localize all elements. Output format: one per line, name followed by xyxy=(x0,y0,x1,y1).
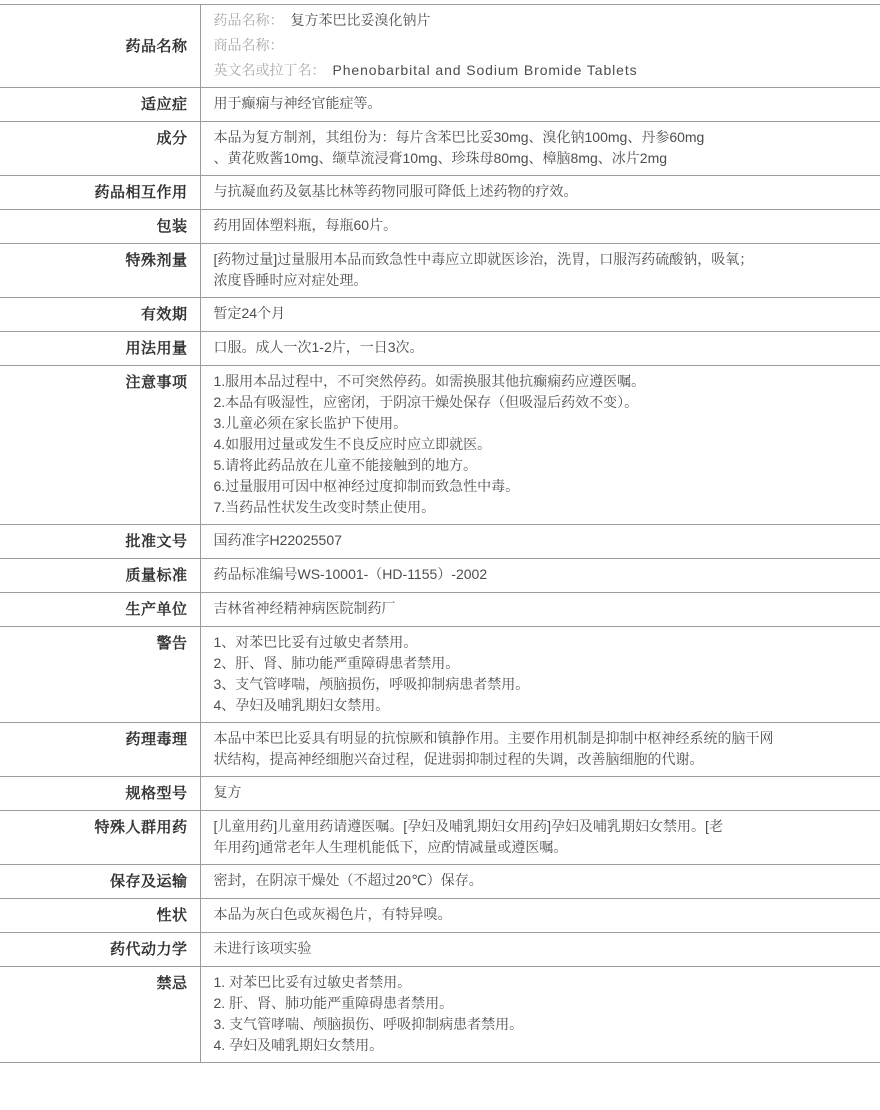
content-line: 本品为灰白色或灰褐色片，有特异嗅。 xyxy=(214,904,865,925)
table-row: 成分本品为复方制剂，其组份为：每片含苯巴比妥30mg、溴化钠100mg、丹参60… xyxy=(0,122,880,176)
row-label: 包装 xyxy=(0,210,200,244)
row-content: [药物过量]过量服用本品而致急性中毒应立即就医诊治，洗胃，口服泻药硫酸钠，吸氧；… xyxy=(200,244,880,298)
content-line: 浓度昏睡时应对症处理。 xyxy=(214,270,865,291)
table-row: 保存及运输密封，在阴凉干燥处（不超过20℃）保存。 xyxy=(0,865,880,899)
row-content: 本品中苯巴比妥具有明显的抗惊厥和镇静作用。主要作用机制是抑制中枢神经系统的脑干网… xyxy=(200,723,880,777)
content-line: [药物过量]过量服用本品而致急性中毒应立即就医诊治，洗胃，口服泻药硫酸钠，吸氧； xyxy=(214,249,865,270)
row-content: 与抗凝血药及氨基比林等药物同服可降低上述药物的疗效。 xyxy=(200,176,880,210)
content-line: 药品标准编号WS-10001-（HD-1155）-2002 xyxy=(214,564,865,585)
row-label: 用法用量 xyxy=(0,332,200,366)
row-content: [儿童用药]儿童用药请遵医嘱。[孕妇及哺乳期妇女用药]孕妇及哺乳期妇女禁用。[老… xyxy=(200,811,880,865)
table-row: 规格型号复方 xyxy=(0,777,880,811)
table-row: 禁忌1. 对苯巴比妥有过敏史者禁用。2. 肝、肾、肺功能严重障碍患者禁用。3. … xyxy=(0,967,880,1063)
row-label: 有效期 xyxy=(0,298,200,332)
content-line: 3、支气管哮喘，颅脑损伤，呼吸抑制病患者禁用。 xyxy=(214,674,865,695)
row-label: 批准文号 xyxy=(0,525,200,559)
row-content: 药品名称：复方苯巴比妥溴化钠片商品名称：英文名或拉丁名：Phenobarbita… xyxy=(200,5,880,88)
content-line: 复方 xyxy=(214,782,865,803)
row-label: 适应症 xyxy=(0,88,200,122)
table-row: 有效期暂定24个月 xyxy=(0,298,880,332)
content-line: 暂定24个月 xyxy=(214,303,865,324)
content-line: 、黄花败酱10mg、缬草流浸膏10mg、珍珠母80mg、樟脑8mg、冰片2mg xyxy=(214,148,865,169)
content-line: 未进行该项实验 xyxy=(214,938,865,959)
table-row: 包装药用固体塑料瓶，每瓶60片。 xyxy=(0,210,880,244)
field-value: Phenobarbital and Sodium Bromide Tablets xyxy=(333,62,638,78)
row-content: 口服。成人一次1-2片，一日3次。 xyxy=(200,332,880,366)
row-label: 药理毒理 xyxy=(0,723,200,777)
row-label: 药品相互作用 xyxy=(0,176,200,210)
table-row: 药代动力学未进行该项实验 xyxy=(0,933,880,967)
row-content: 密封，在阴凉干燥处（不超过20℃）保存。 xyxy=(200,865,880,899)
row-label: 规格型号 xyxy=(0,777,200,811)
row-label: 成分 xyxy=(0,122,200,176)
row-label: 特殊剂量 xyxy=(0,244,200,298)
row-label: 警告 xyxy=(0,627,200,723)
content-line: 4.如服用过量或发生不良反应时应立即就医。 xyxy=(214,434,865,455)
table-body: 药品名称药品名称：复方苯巴比妥溴化钠片商品名称：英文名或拉丁名：Phenobar… xyxy=(0,5,880,1063)
content-line: 3.儿童必须在家长监护下使用。 xyxy=(214,413,865,434)
table-row: 警告1、对苯巴比妥有过敏史者禁用。2、肝、肾、肺功能严重障碍患者禁用。3、支气管… xyxy=(0,627,880,723)
row-content: 未进行该项实验 xyxy=(200,933,880,967)
table-row: 药理毒理本品中苯巴比妥具有明显的抗惊厥和镇静作用。主要作用机制是抑制中枢神经系统… xyxy=(0,723,880,777)
table-row: 特殊人群用药[儿童用药]儿童用药请遵医嘱。[孕妇及哺乳期妇女用药]孕妇及哺乳期妇… xyxy=(0,811,880,865)
content-line: 2. 肝、肾、肺功能严重障碍患者禁用。 xyxy=(214,993,865,1014)
row-label: 禁忌 xyxy=(0,967,200,1063)
name-field-line: 药品名称：复方苯巴比妥溴化钠片 xyxy=(214,8,865,33)
content-line: 4、孕妇及哺乳期妇女禁用。 xyxy=(214,695,865,716)
content-line: 吉林省神经精神病医院制药厂 xyxy=(214,598,865,619)
drug-spec-table: 药品名称药品名称：复方苯巴比妥溴化钠片商品名称：英文名或拉丁名：Phenobar… xyxy=(0,4,880,1063)
content-line: 5.请将此药品放在儿童不能接触到的地方。 xyxy=(214,455,865,476)
field-value: 复方苯巴比妥溴化钠片 xyxy=(291,12,431,28)
table-row: 特殊剂量[药物过量]过量服用本品而致急性中毒应立即就医诊治，洗胃，口服泻药硫酸钠… xyxy=(0,244,880,298)
field-key: 药品名称： xyxy=(214,12,284,28)
content-line: 1. 对苯巴比妥有过敏史者禁用。 xyxy=(214,972,865,993)
content-line: 6.过量服用可因中枢神经过度抑制而致急性中毒。 xyxy=(214,476,865,497)
table-row: 质量标准药品标准编号WS-10001-（HD-1155）-2002 xyxy=(0,559,880,593)
drug-spec-page: 药品名称药品名称：复方苯巴比妥溴化钠片商品名称：英文名或拉丁名：Phenobar… xyxy=(0,4,880,1063)
table-row: 适应症用于癫痫与神经官能症等。 xyxy=(0,88,880,122)
content-line: 年用药]通常老年人生理机能低下，应酌情减量或遵医嘱。 xyxy=(214,837,865,858)
row-content: 1. 对苯巴比妥有过敏史者禁用。2. 肝、肾、肺功能严重障碍患者禁用。3. 支气… xyxy=(200,967,880,1063)
content-line: 与抗凝血药及氨基比林等药物同服可降低上述药物的疗效。 xyxy=(214,181,865,202)
content-line: 2.本品有吸湿性，应密闭，于阴凉干燥处保存（但吸湿后药效不变）。 xyxy=(214,392,865,413)
content-line: 药用固体塑料瓶，每瓶60片。 xyxy=(214,215,865,236)
table-row: 药品名称药品名称：复方苯巴比妥溴化钠片商品名称：英文名或拉丁名：Phenobar… xyxy=(0,5,880,88)
row-label: 药代动力学 xyxy=(0,933,200,967)
content-line: 国药准字H22025507 xyxy=(214,530,865,551)
row-label: 特殊人群用药 xyxy=(0,811,200,865)
row-content: 本品为灰白色或灰褐色片，有特异嗅。 xyxy=(200,899,880,933)
name-field-line: 商品名称： xyxy=(214,33,865,58)
row-label: 保存及运输 xyxy=(0,865,200,899)
table-row: 药品相互作用与抗凝血药及氨基比林等药物同服可降低上述药物的疗效。 xyxy=(0,176,880,210)
table-row: 批准文号国药准字H22025507 xyxy=(0,525,880,559)
content-line: 3. 支气管哮喘、颅脑损伤、呼吸抑制病患者禁用。 xyxy=(214,1014,865,1035)
row-label: 药品名称 xyxy=(0,5,200,88)
row-content: 用于癫痫与神经官能症等。 xyxy=(200,88,880,122)
content-line: [儿童用药]儿童用药请遵医嘱。[孕妇及哺乳期妇女用药]孕妇及哺乳期妇女禁用。[老 xyxy=(214,816,865,837)
table-row: 生产单位吉林省神经精神病医院制药厂 xyxy=(0,593,880,627)
content-line: 1、对苯巴比妥有过敏史者禁用。 xyxy=(214,632,865,653)
content-line: 口服。成人一次1-2片，一日3次。 xyxy=(214,337,865,358)
row-content: 国药准字H22025507 xyxy=(200,525,880,559)
table-row: 性状本品为灰白色或灰褐色片，有特异嗅。 xyxy=(0,899,880,933)
row-content: 吉林省神经精神病医院制药厂 xyxy=(200,593,880,627)
row-content: 复方 xyxy=(200,777,880,811)
content-line: 状结构，提高神经细胞兴奋过程，促进弱抑制过程的失调，改善脑细胞的代谢。 xyxy=(214,749,865,770)
row-label: 性状 xyxy=(0,899,200,933)
field-key: 商品名称： xyxy=(214,37,284,53)
table-row: 注意事项1.服用本品过程中，不可突然停药。如需换服其他抗癫痫药应遵医嘱。2.本品… xyxy=(0,366,880,525)
content-line: 本品中苯巴比妥具有明显的抗惊厥和镇静作用。主要作用机制是抑制中枢神经系统的脑干网 xyxy=(214,728,865,749)
content-line: 密封，在阴凉干燥处（不超过20℃）保存。 xyxy=(214,870,865,891)
content-line: 2、肝、肾、肺功能严重障碍患者禁用。 xyxy=(214,653,865,674)
content-line: 4. 孕妇及哺乳期妇女禁用。 xyxy=(214,1035,865,1056)
content-line: 7.当药品性状发生改变时禁止使用。 xyxy=(214,497,865,518)
table-row: 用法用量口服。成人一次1-2片，一日3次。 xyxy=(0,332,880,366)
row-content: 药品标准编号WS-10001-（HD-1155）-2002 xyxy=(200,559,880,593)
content-line: 用于癫痫与神经官能症等。 xyxy=(214,93,865,114)
row-content: 1.服用本品过程中，不可突然停药。如需换服其他抗癫痫药应遵医嘱。2.本品有吸湿性… xyxy=(200,366,880,525)
name-field-line: 英文名或拉丁名：Phenobarbital and Sodium Bromide… xyxy=(214,58,865,83)
row-label: 生产单位 xyxy=(0,593,200,627)
field-key: 英文名或拉丁名： xyxy=(214,62,326,78)
content-line: 1.服用本品过程中，不可突然停药。如需换服其他抗癫痫药应遵医嘱。 xyxy=(214,371,865,392)
row-content: 暂定24个月 xyxy=(200,298,880,332)
row-content: 1、对苯巴比妥有过敏史者禁用。2、肝、肾、肺功能严重障碍患者禁用。3、支气管哮喘… xyxy=(200,627,880,723)
content-line: 本品为复方制剂，其组份为：每片含苯巴比妥30mg、溴化钠100mg、丹参60mg xyxy=(214,127,865,148)
row-label: 质量标准 xyxy=(0,559,200,593)
row-content: 本品为复方制剂，其组份为：每片含苯巴比妥30mg、溴化钠100mg、丹参60mg… xyxy=(200,122,880,176)
row-label: 注意事项 xyxy=(0,366,200,525)
row-content: 药用固体塑料瓶，每瓶60片。 xyxy=(200,210,880,244)
